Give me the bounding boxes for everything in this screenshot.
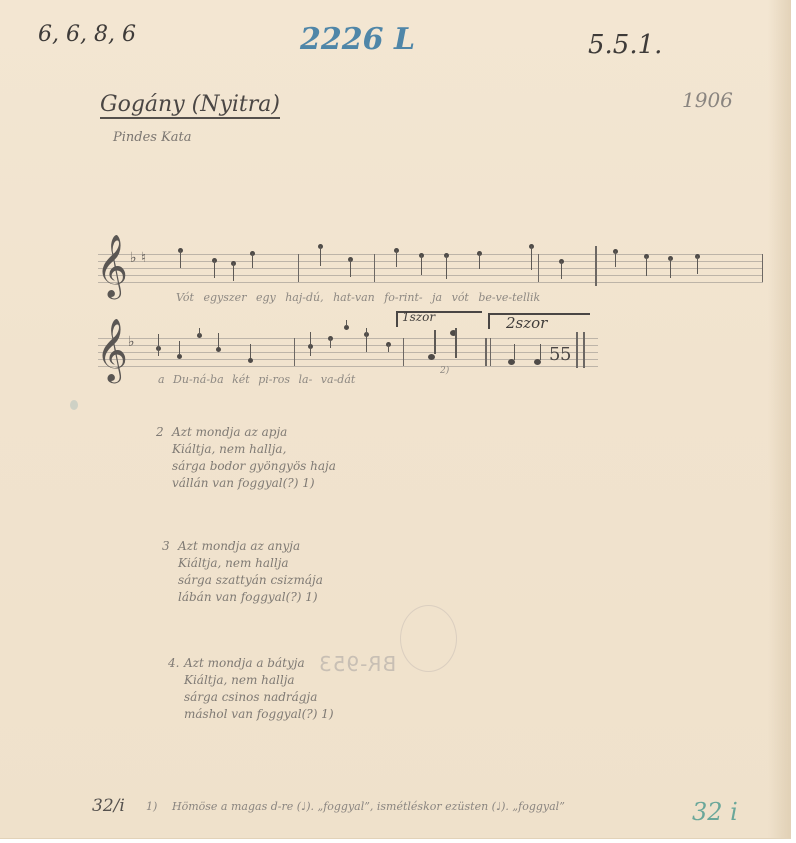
place-title: Gogány (Nyitra) [100,92,280,119]
treble-clef-icon: 𝄞 [96,318,128,382]
verse-2: 2 Azt mondja az apja Kiáltja, nem hallja… [172,424,336,492]
ink-blot [70,400,78,410]
verse-line: Azt mondja az apja [172,424,336,441]
lyrics-line-1: Vót egyszer egy haj-dú, hat-van fo-rint-… [176,291,540,304]
verse-line: vállán van foggyal(?) 1) [172,475,336,492]
staff-2: 𝄞 ♭ 5 5 [98,338,598,370]
top-left-code: 6, 6, 8, 6 [38,22,136,47]
year: 1906 [682,88,733,112]
page-reference: 32/i [92,796,125,816]
staff-1: 𝄞 ♭ ♮ [98,254,763,286]
stamp-circle [400,605,457,672]
verse-line: Kiáltja, nem hallja, [172,441,336,458]
verse-3: 3 Azt mondja az anyja Kiáltja, nem hallj… [178,538,323,606]
stamp-text: BR-953 [318,652,396,676]
performer-name: Pindes Kata [113,130,192,145]
note-glyph: 5 [549,344,560,365]
verse-line: Azt mondja a bátyja [184,655,334,672]
volta-1-label: 1szor [402,310,435,324]
verse-line: sárga bodor gyöngyös haja [172,458,336,475]
key-signature: ♭ [128,334,135,350]
key-signature: ♭ ♮ [130,250,146,266]
footnote-text: Hömöse a magas d-re (♩). „foggyal”, ismé… [172,800,565,813]
verse-line: sárga szattyán csizmája [178,572,323,589]
verse-line: Azt mondja az anyja [178,538,323,555]
catalog-number: 2226 L [300,22,415,57]
repeat-sign [595,246,597,286]
manuscript-page: 6, 6, 8, 6 2226 L 5.5.1. 1906 Gogány (Ny… [0,0,791,839]
lyrics-line-2: a Du-ná-ba két pi-ros la- va-dát [158,373,355,386]
note-glyph: 5 [560,344,571,365]
verse-4: 4. Azt mondja a bátyja Kiáltja, nem hall… [184,655,334,723]
verse-line: máshol van foggyal(?) 1) [184,706,334,723]
verse-line: sárga csinos nadrágja [184,689,334,706]
verse-line: lábán van foggyal(?) 1) [178,589,323,606]
fingering-mark: 2) [440,366,449,376]
volta-2-label: 2szor [506,314,547,332]
page-number: 32 i [692,798,738,826]
top-right-code: 5.5.1. [588,30,662,60]
verse-line: Kiáltja, nem hallja [184,672,334,689]
footnote-marker: 1) [146,800,157,813]
treble-clef-icon: 𝄞 [96,234,128,298]
verse-line: Kiáltja, nem hallja [178,555,323,572]
